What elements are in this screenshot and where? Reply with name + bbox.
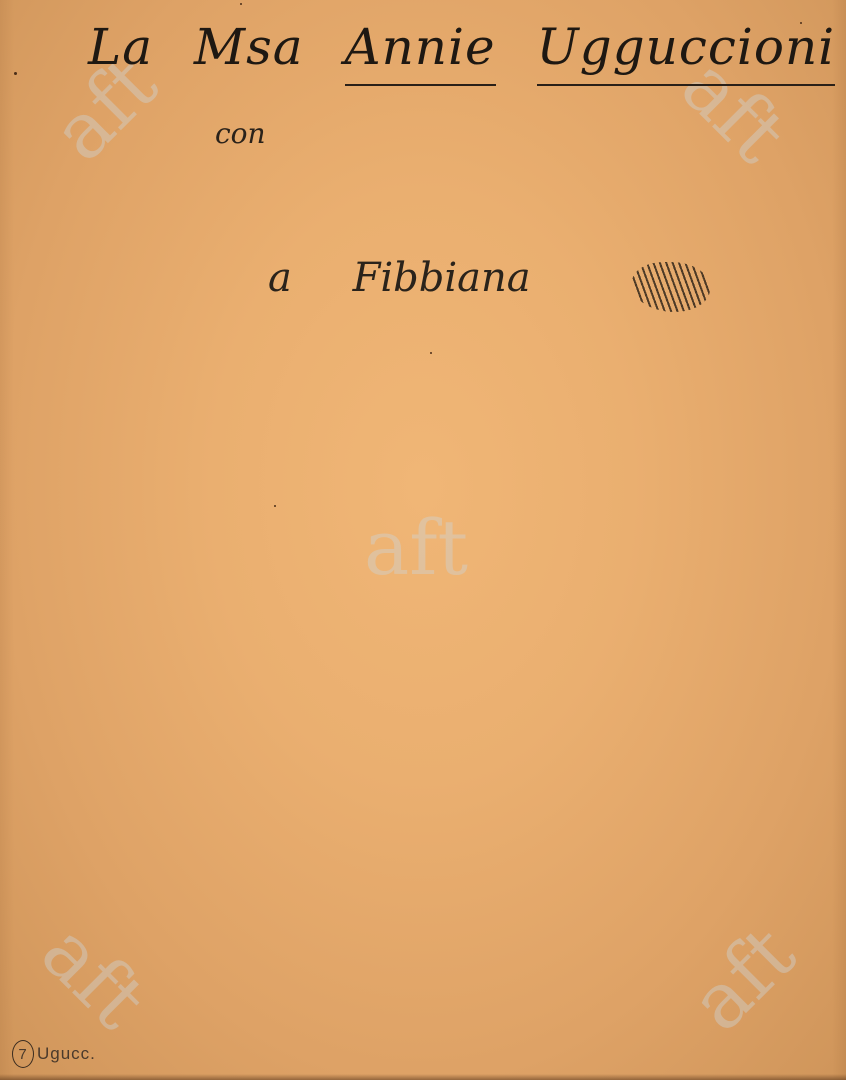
inscription-line-3: a Fibbiana [268,258,531,298]
inscription-line-2: con [215,120,266,148]
circled-number: 7 [12,1040,34,1068]
inscription-line-1: La Msa Annie Ugguccioni [88,22,846,72]
paper-speck [14,72,17,75]
pencil-annotation-text: Ugucc. [37,1044,96,1064]
inscription-surname: Ugguccioni [537,22,836,72]
pencil-annotation: 7 Ugucc. [12,1040,96,1068]
watermark-center: aft [364,510,468,586]
inscription-word-msa: Msa [194,22,304,72]
crossed-out-word [632,262,710,312]
document-card: aft aft aft aft aft La Msa Annie Uggucci… [0,0,846,1080]
inscription-word-la: La [88,22,153,72]
paper-speck [800,22,802,24]
watermark-bottom-left: aft [28,912,159,1043]
paper-speck [430,352,432,354]
inscription-preposition: a [268,255,292,301]
inscription-place: Fibbiana [353,255,531,301]
watermark-bottom-right: aft [678,914,809,1045]
paper-speck [274,505,276,507]
inscription-first-name: Annie [345,22,496,72]
paper-speck [240,3,242,5]
